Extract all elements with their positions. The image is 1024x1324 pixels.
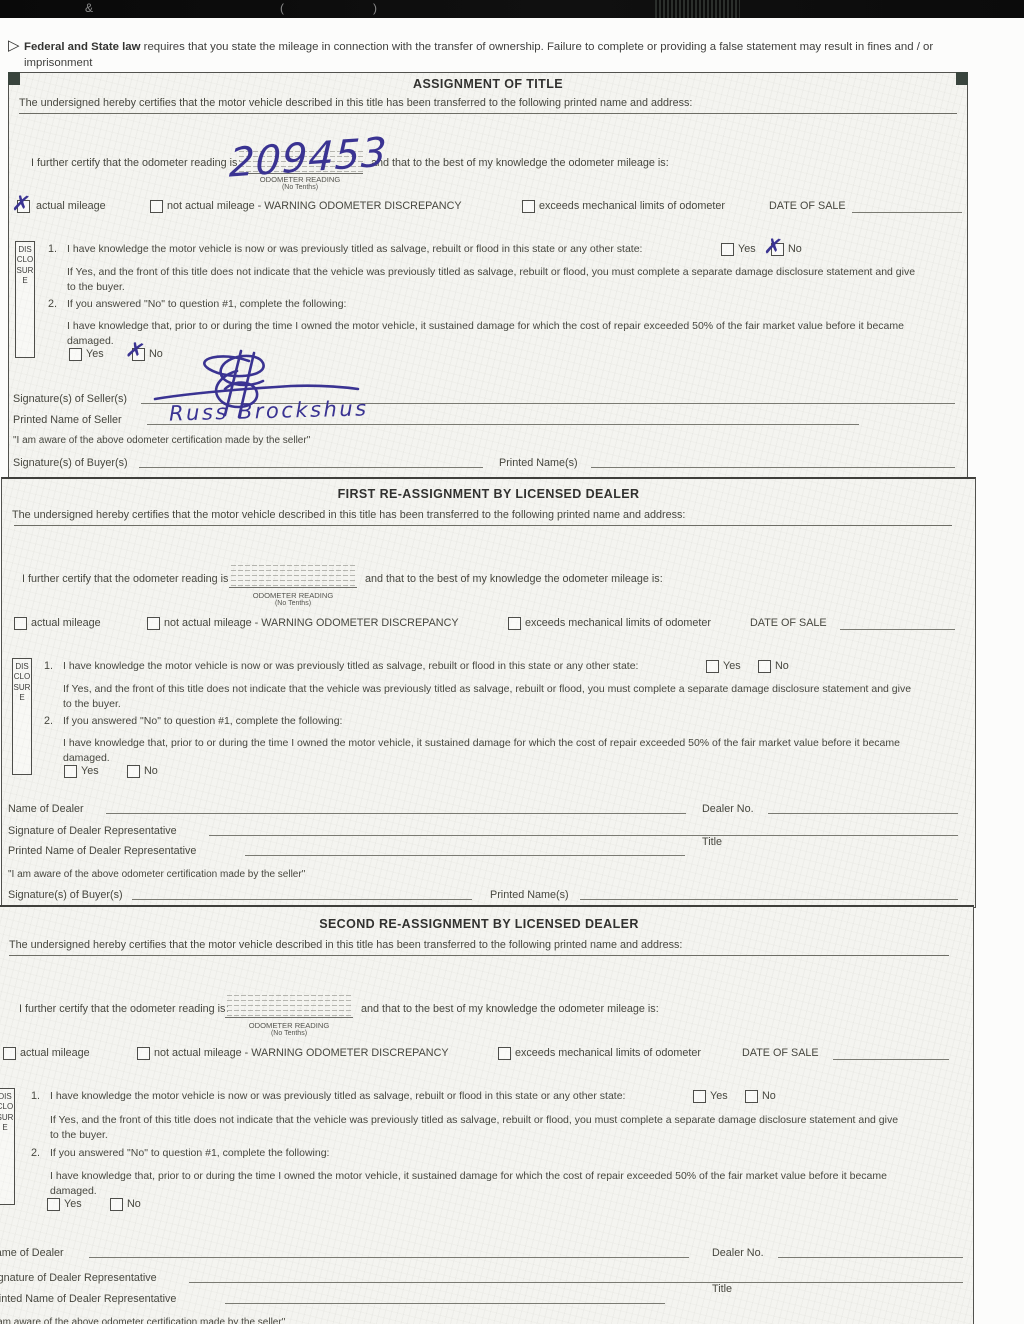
section-second-reassignment: SECOND RE-ASSIGNMENT BY LICENSED DEALER … [0,905,974,1324]
section-assignment-of-title: ASSIGNMENT OF TITLE The undersigned here… [8,72,968,479]
date-of-sale-label: DATE OF SALE [769,200,846,212]
printed-dealer-rep-line[interactable] [245,843,685,856]
checkbox-q2-no[interactable] [127,765,140,778]
not-actual-mileage-label: not actual mileage - WARNING ODOMETER DI… [164,617,459,629]
odometer-certify-text: I further certify that the odometer read… [22,573,231,585]
dealer-no-line[interactable] [778,1245,963,1258]
checkbox-q1-yes[interactable] [721,243,734,256]
disclosure-vertical-label: DISCLOSURE [15,241,35,358]
q2-yes-label: Yes [64,1198,82,1210]
title-label: Title [702,836,722,848]
odometer-reading-caption: ODOMETER READING [229,591,357,600]
exceeds-limits-label: exceeds mechanical limits of odometer [525,617,711,629]
q1-no-label: No [762,1090,776,1102]
q2-number: 2. [44,715,53,727]
checkbox-q1-no[interactable] [758,660,771,673]
scan-edge-strip: & ( ) [0,0,1024,18]
checkbox-q2-yes[interactable] [47,1198,60,1211]
actual-mileage-label: actual mileage [36,200,106,212]
checkbox-q2-yes[interactable] [69,348,82,361]
q2-note: I have knowledge that, prior to or durin… [67,319,929,349]
exceeds-limits-label: exceeds mechanical limits of odometer [539,200,725,212]
dealer-no-label: Dealer No. [702,803,754,815]
signature-dealer-rep-line[interactable] [189,1270,963,1283]
signature-dealer-rep-line[interactable] [209,823,958,836]
printed-names-label: Printed Name(s) [499,457,578,469]
transfer-certification-text: The undersigned hereby certifies that th… [9,939,682,951]
checkbox-exceeds-limits[interactable] [522,200,535,213]
printed-names-line[interactable] [591,455,955,468]
checkbox-q2-no[interactable] [110,1198,123,1211]
transferee-name-address-line[interactable] [9,955,949,956]
q2-yes-label: Yes [81,765,99,777]
printed-names-label: Printed Name(s) [490,889,569,901]
q2-note: I have knowledge that, prior to or durin… [63,736,925,766]
printed-names-line[interactable] [580,887,958,900]
odometer-reading-field[interactable] [229,565,357,588]
checkbox-actual-mileage[interactable] [3,1047,16,1060]
not-actual-mileage-label: not actual mileage - WARNING ODOMETER DI… [167,200,462,212]
odometer-awareness-text: "I am aware of the above odometer certif… [0,1317,285,1324]
section-title: ASSIGNMENT OF TITLE [9,77,967,91]
q2-no-label: No [127,1198,141,1210]
title-label: Title [712,1283,732,1295]
q2-number: 2. [31,1147,40,1159]
q1-note: If Yes, and the front of this title does… [50,1113,905,1143]
section-first-reassignment: FIRST RE-ASSIGNMENT BY LICENSED DEALER T… [1,477,976,908]
odometer-knowledge-text: and that to the best of my knowledge the… [371,157,669,169]
odometer-awareness-text: "I am aware of the above odometer certif… [8,869,305,880]
q1-number: 1. [48,243,57,255]
q1-text: I have knowledge the motor vehicle is no… [63,660,638,672]
x-mark-q1-no: ✗ [763,235,784,259]
date-of-sale-label: DATE OF SALE [742,1047,819,1059]
scan-glyph: ( [280,1,284,15]
federal-law-body: requires that you state the mileage in c… [24,41,933,69]
checkbox-q1-yes[interactable] [706,660,719,673]
transfer-certification-text: The undersigned hereby certifies that th… [19,97,692,109]
scanned-title-document: & ( ) ▷ Federal and State law requires t… [0,0,1024,1324]
checkbox-not-actual-mileage[interactable] [150,200,163,213]
disclosure-vertical-label: DISCLOSURE [12,658,32,775]
name-of-dealer-line[interactable] [106,801,686,814]
printed-dealer-rep-label: Printed Name of Dealer Representative [8,845,196,857]
date-of-sale-line[interactable] [833,1047,949,1060]
signature-buyers-line[interactable] [132,887,472,900]
checkbox-exceeds-limits[interactable] [508,617,521,630]
transfer-certification-text: The undersigned hereby certifies that th… [12,509,685,521]
odometer-knowledge-text: and that to the best of my knowledge the… [361,1003,659,1015]
date-of-sale-label: DATE OF SALE [750,617,827,629]
printed-dealer-rep-label: Printed Name of Dealer Representative [0,1293,176,1305]
scan-glyph: & [85,1,93,15]
odometer-knowledge-text: and that to the best of my knowledge the… [365,573,663,585]
printed-seller-label: Printed Name of Seller [13,414,122,426]
q1-yes-label: Yes [738,243,756,255]
scan-artifact [655,0,740,18]
signature-buyers-label: Signature(s) of Buyer(s) [8,889,123,901]
q1-text: I have knowledge the motor vehicle is no… [50,1090,625,1102]
q2-text: If you answered "No" to question #1, com… [50,1147,329,1159]
signature-dealer-rep-label: Signature of Dealer Representative [0,1272,157,1284]
disclosure-block: DISCLOSURE 1. I have knowledge the motor… [9,238,967,360]
q1-no-label: No [788,243,802,255]
odometer-certify-text: I further certify that the odometer read… [31,157,240,169]
checkbox-q1-no[interactable] [745,1090,758,1103]
odometer-awareness-text: "I am aware of the above odometer certif… [13,435,310,446]
no-tenths-caption: (No Tenths) [237,184,363,191]
checkbox-exceeds-limits[interactable] [498,1047,511,1060]
odometer-reading-field[interactable] [225,995,353,1018]
q1-yes-label: Yes [723,660,741,672]
q2-text: If you answered "No" to question #1, com… [63,715,342,727]
scan-glyph: ) [373,1,377,15]
signature-buyers-line[interactable] [139,455,483,468]
q1-note: If Yes, and the front of this title does… [63,682,921,712]
q1-number: 1. [31,1090,40,1102]
q2-text: If you answered "No" to question #1, com… [67,298,346,310]
federal-law-lead: Federal and State law [24,41,140,53]
signature-dealer-rep-label: Signature of Dealer Representative [8,825,177,837]
checkbox-q2-yes[interactable] [64,765,77,778]
printed-dealer-rep-line[interactable] [225,1291,665,1304]
section-title: FIRST RE-ASSIGNMENT BY LICENSED DEALER [2,487,975,501]
checkbox-q1-yes[interactable] [693,1090,706,1103]
handwritten-odometer-value: 209453 [228,129,388,186]
checkbox-not-actual-mileage[interactable] [147,617,160,630]
q1-note: If Yes, and the front of this title does… [67,265,925,295]
name-of-dealer-label: Name of Dealer [8,803,84,815]
name-of-dealer-label: Name of Dealer [0,1247,64,1259]
date-of-sale-line[interactable] [852,200,962,213]
section-title: SECOND RE-ASSIGNMENT BY LICENSED DEALER [0,917,973,931]
actual-mileage-label: actual mileage [20,1047,90,1059]
checkbox-actual-mileage[interactable] [14,617,27,630]
x-mark-actual-mileage: ✗ [11,192,32,216]
disclosure-vertical-label: DISCLOSURE [0,1088,15,1205]
federal-law-warning: Federal and State law requires that you … [24,40,952,72]
q2-no-label: No [144,765,158,777]
not-actual-mileage-label: not actual mileage - WARNING ODOMETER DI… [154,1047,449,1059]
pointer-icon: ▷ [8,36,20,54]
actual-mileage-label: actual mileage [31,617,101,629]
name-of-dealer-line[interactable] [89,1245,689,1258]
q2-yes-label: Yes [86,348,104,360]
odometer-certify-text: I further certify that the odometer read… [19,1003,228,1015]
signature-sellers-label: Signature(s) of Seller(s) [13,393,127,405]
q1-yes-label: Yes [710,1090,728,1102]
transferee-name-address-line[interactable] [14,525,952,526]
q1-text: I have knowledge the motor vehicle is no… [67,243,642,255]
dealer-no-label: Dealer No. [712,1247,764,1259]
q2-note: I have knowledge that, prior to or durin… [50,1169,910,1199]
dealer-no-line[interactable] [768,801,958,814]
no-tenths-caption: (No Tenths) [225,1030,353,1037]
exceeds-limits-label: exceeds mechanical limits of odometer [515,1047,701,1059]
date-of-sale-line[interactable] [840,617,955,630]
odometer-reading-caption: ODOMETER READING [225,1021,353,1030]
q1-number: 1. [44,660,53,672]
q1-no-label: No [775,660,789,672]
transferee-name-address-line[interactable] [19,113,957,114]
checkbox-not-actual-mileage[interactable] [137,1047,150,1060]
q2-number: 2. [48,298,57,310]
signature-buyers-label: Signature(s) of Buyer(s) [13,457,128,469]
disclosure-block: DISCLOSURE 1. I have knowledge the motor… [2,655,975,777]
no-tenths-caption: (No Tenths) [229,600,357,607]
disclosure-block: DISCLOSURE 1. I have knowledge the motor… [0,1085,973,1210]
